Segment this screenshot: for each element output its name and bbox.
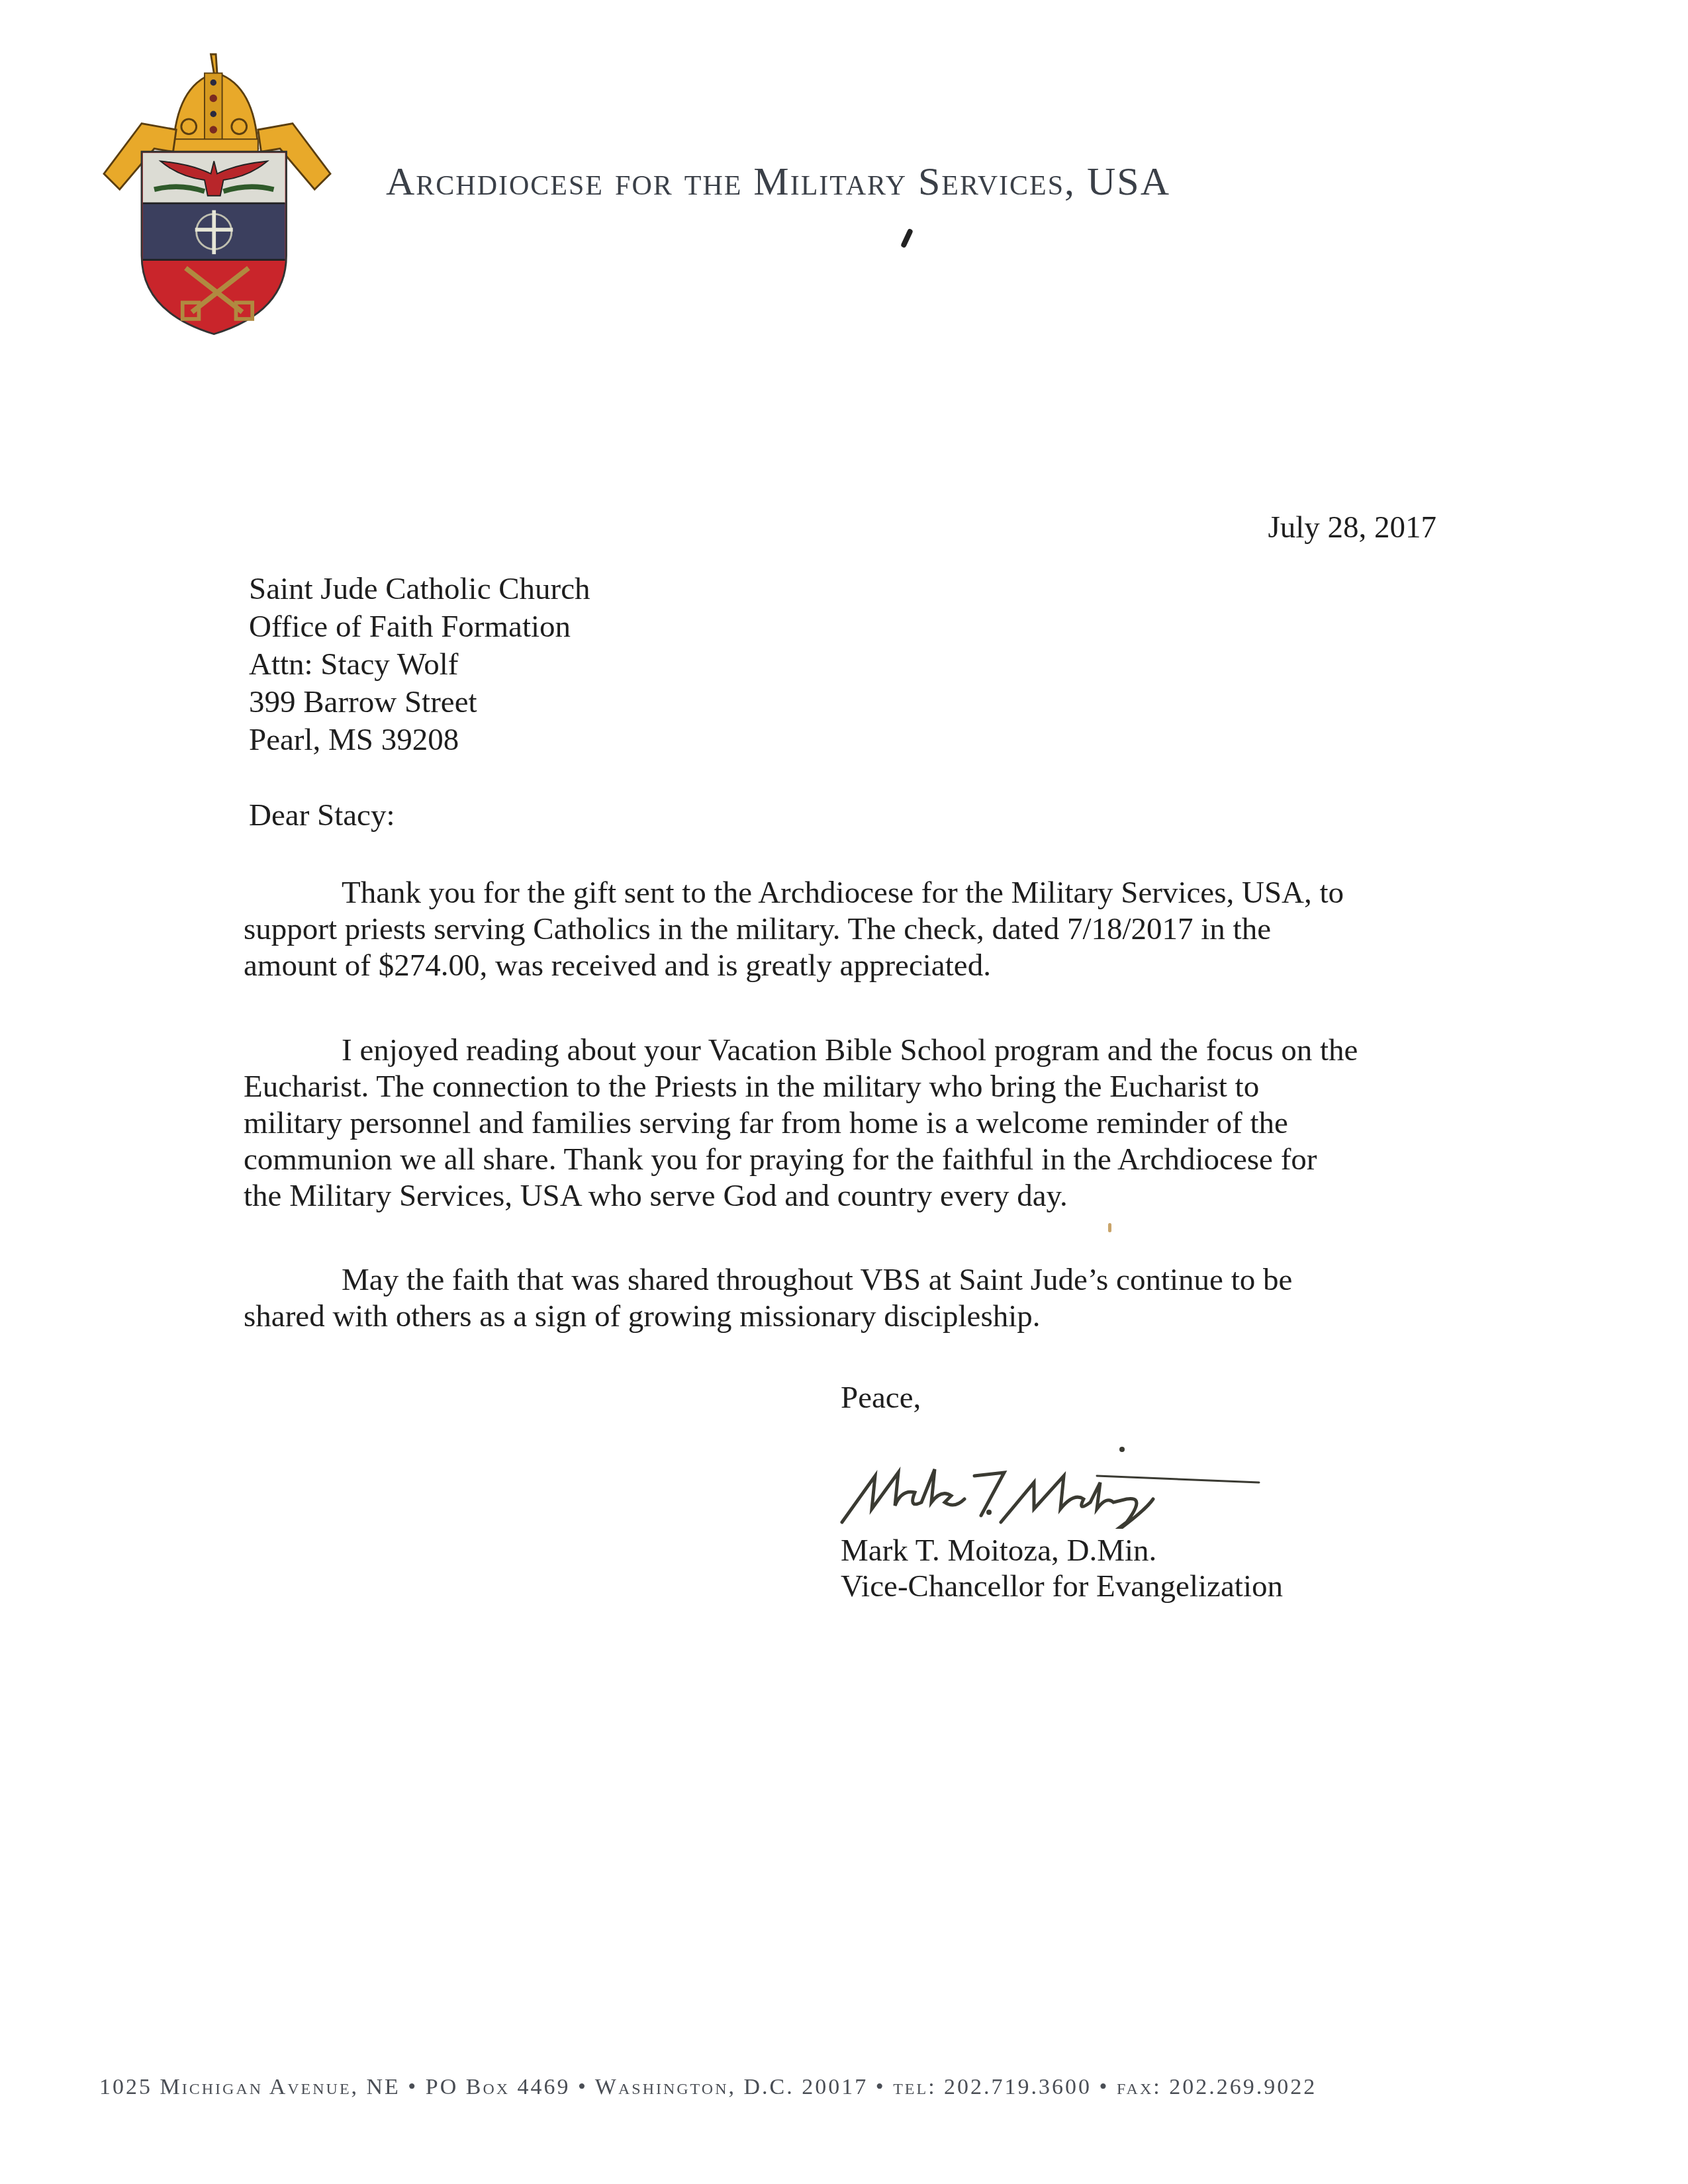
body-paragraph: Thank you for the gift sent to the Archd… (244, 875, 1448, 984)
recipient-line: Saint Jude Catholic Church (249, 570, 590, 608)
paragraph-line: shared with others as a sign of growing … (244, 1298, 1448, 1335)
signer-title: Vice-Chancellor for Evangelization (841, 1569, 1283, 1604)
body-paragraph: I enjoyed reading about your Vacation Bi… (244, 1032, 1448, 1214)
paragraph-line: Eucharist. The connection to the Priests… (244, 1069, 1448, 1105)
recipient-line: Attn: Stacy Wolf (249, 646, 590, 684)
paragraph-line: Thank you for the gift sent to the Archd… (244, 875, 1448, 911)
organization-name: Archdiocese for the Military Services, U… (386, 159, 1170, 203)
body-paragraph: May the faith that was shared throughout… (244, 1262, 1448, 1335)
pen-mark (900, 228, 914, 249)
paragraph-line: I enjoyed reading about your Vacation Bi… (244, 1032, 1448, 1069)
letterhead-title: Archdiocese for the Military Services, U… (386, 159, 1511, 205)
paragraph-line: military personnel and families serving … (244, 1105, 1448, 1142)
salutation: Dear Stacy: (249, 797, 395, 833)
archdiocese-crest-icon (91, 44, 343, 341)
recipient-line: Office of Faith Formation (249, 608, 590, 646)
footer-address: 1025 Michigan Avenue, NE • PO Box 4469 •… (99, 2075, 1595, 2100)
recipient-line: 399 Barrow Street (249, 684, 590, 721)
letter-date: July 28, 2017 (986, 510, 1450, 545)
signature-block: Mark T. Moitoza, D.Min. Vice-Chancellor … (841, 1533, 1283, 1604)
recipient-address: Saint Jude Catholic Church Office of Fai… (249, 570, 590, 759)
paragraph-line: the Military Services, USA who serve God… (244, 1178, 1448, 1214)
paragraph-line: May the faith that was shared throughout… (244, 1262, 1448, 1298)
paragraph-line: communion we all share. Thank you for pr… (244, 1142, 1448, 1178)
signer-name: Mark T. Moitoza, D.Min. (841, 1533, 1283, 1569)
handwritten-signature: Mark T. Moitoz (835, 1436, 1272, 1529)
scan-speck (1108, 1223, 1111, 1232)
paragraph-line: support priests serving Catholics in the… (244, 911, 1448, 948)
closing: Peace, (841, 1380, 921, 1416)
paragraph-line: amount of $274.00, was received and is g… (244, 948, 1448, 984)
recipient-line: Pearl, MS 39208 (249, 721, 590, 759)
